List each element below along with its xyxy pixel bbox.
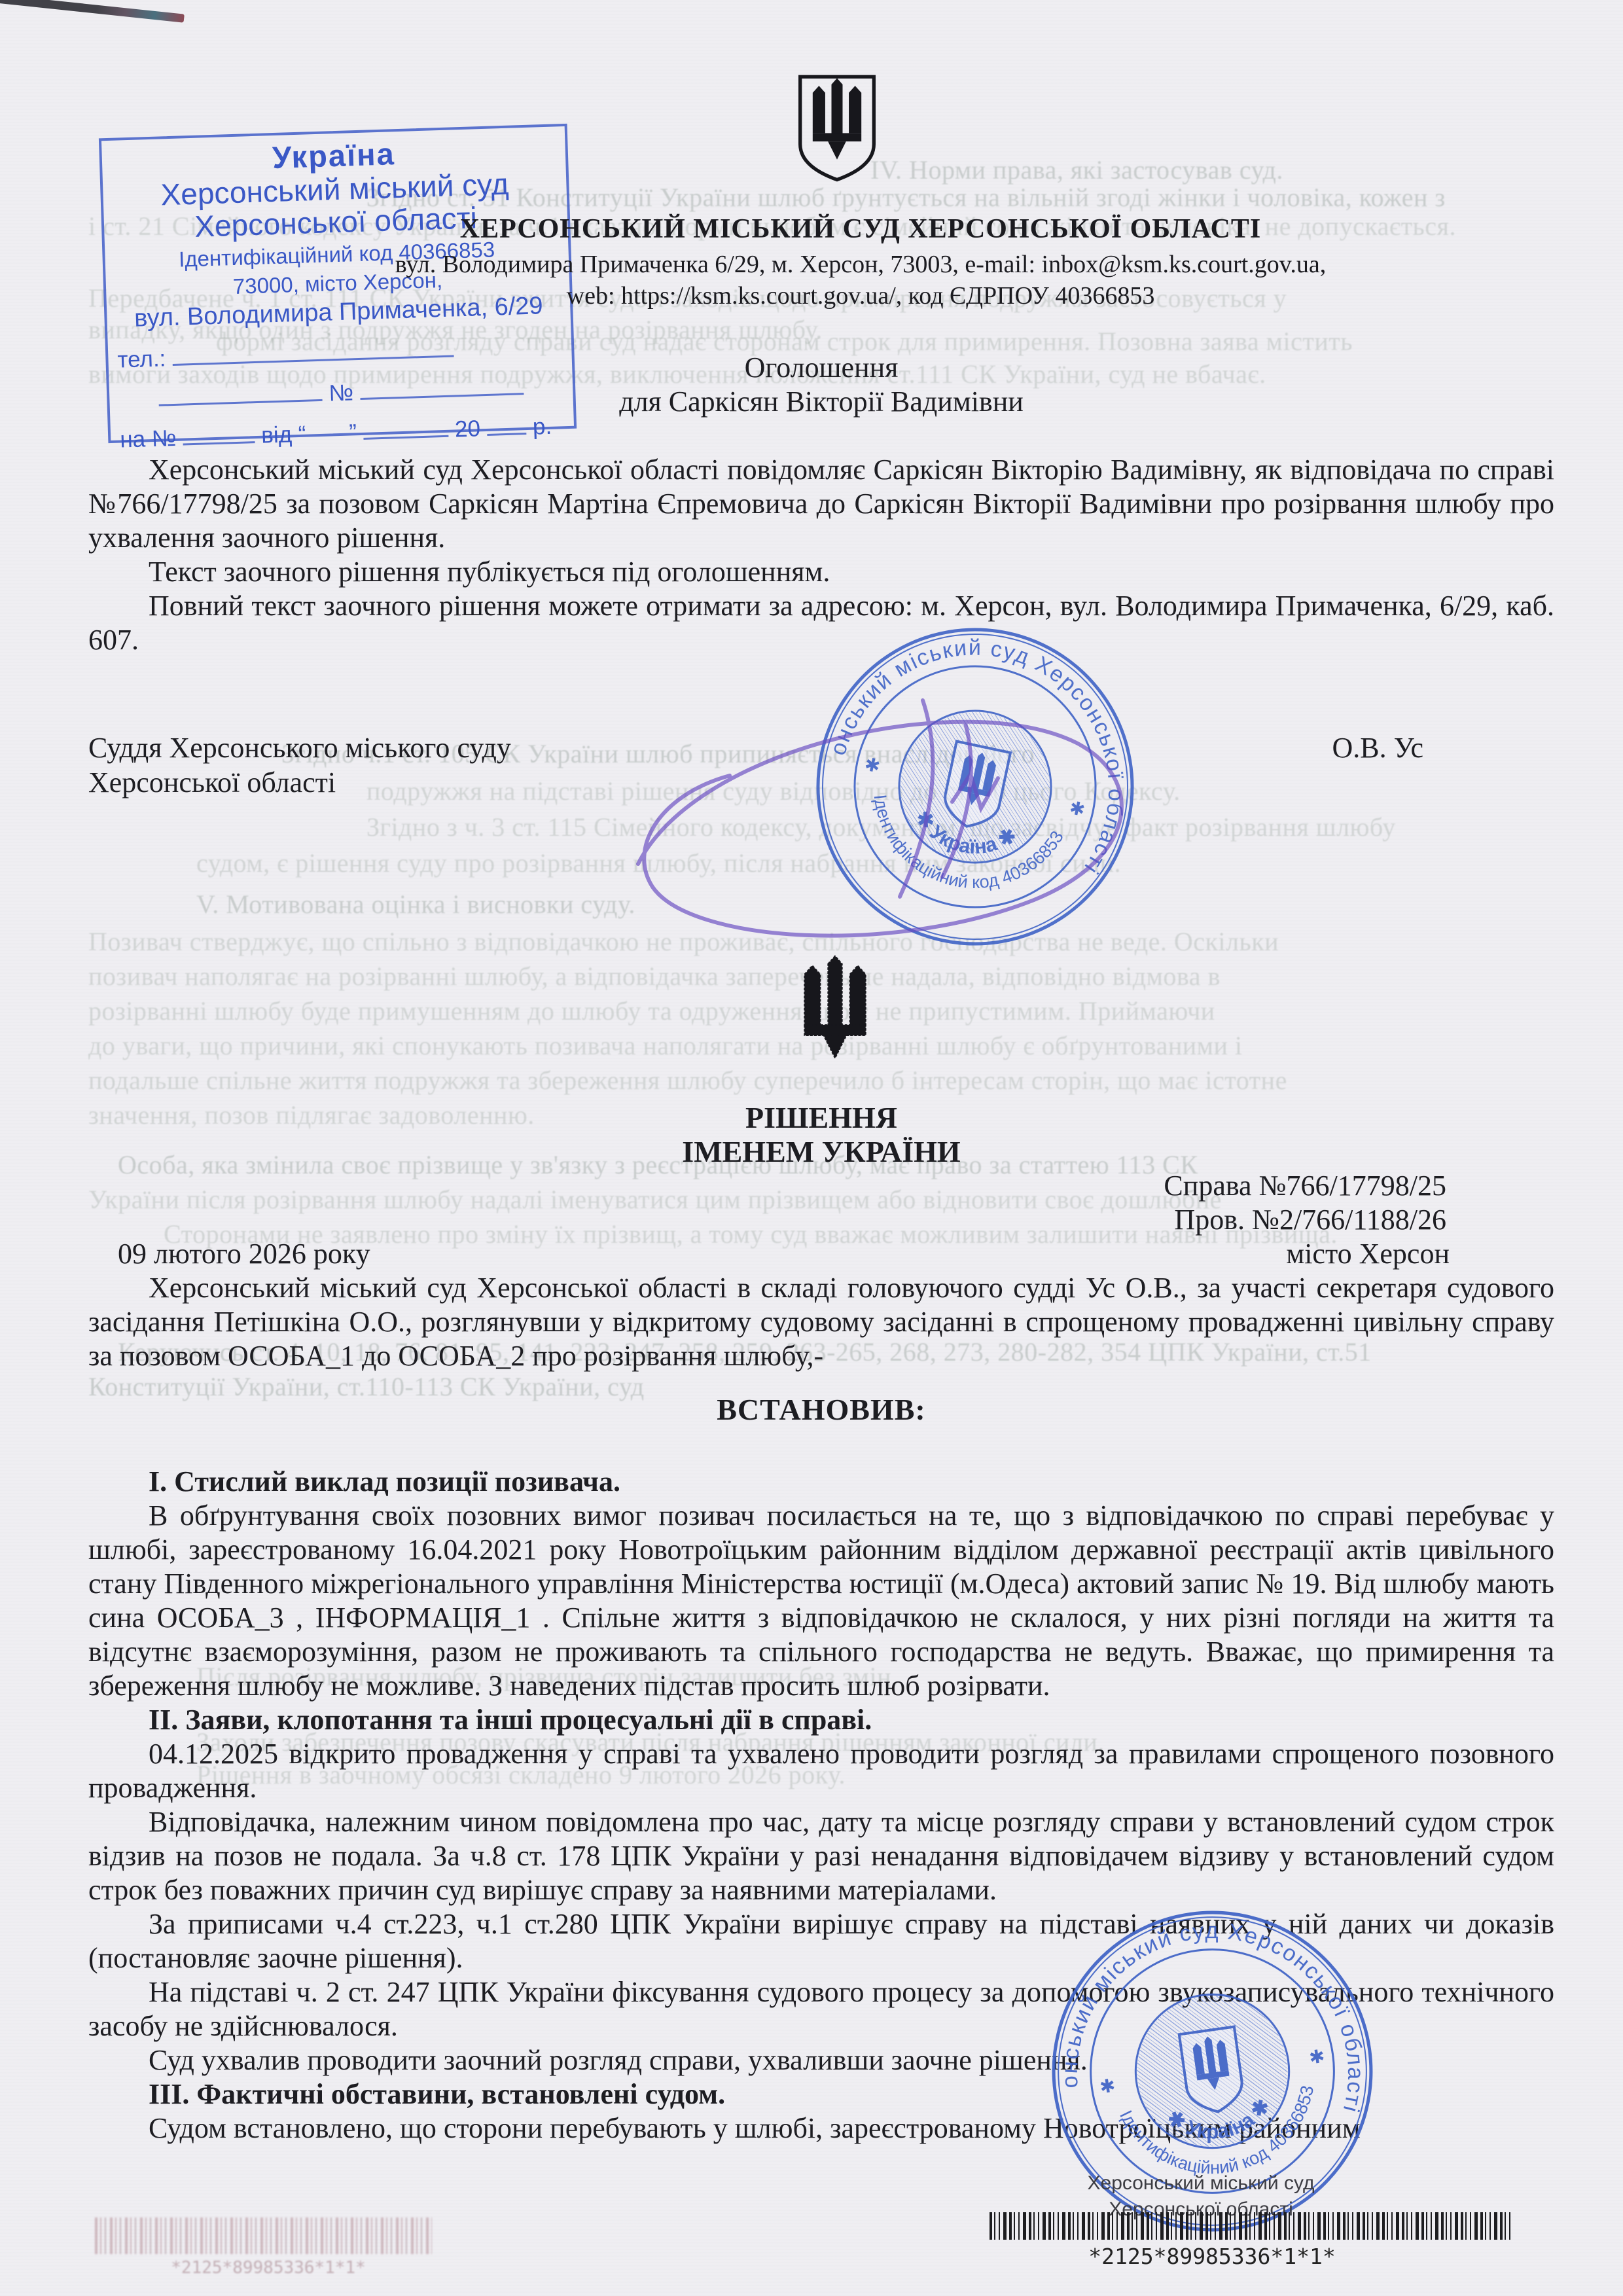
bleed-line: ІV. Норми права, які застосував суд. [870, 154, 1283, 185]
footer-court-line1: Херсонський міський суд [1018, 2170, 1384, 2197]
judge-title: Суддя Херсонського міського суду Херсонс… [88, 730, 511, 800]
announcement-paragraph: Повний текст заочного рішення можете отр… [88, 589, 1554, 657]
section-1-paragraph: В обґрунтування своїх позовних вимог поз… [88, 1499, 1554, 1703]
barcode-number: *2125*89985336*1*1* [990, 2244, 1435, 2269]
date-city-row: 09 лютого 2026 року місто Херсон [88, 1237, 1554, 1271]
decision-subtitle: ІМЕНЕМ УКРАЇНИ [88, 1135, 1554, 1169]
judge-title-line2: Херсонської області [88, 765, 511, 800]
decision-title: РІШЕННЯ [88, 1101, 1554, 1135]
court-address: вул. Володимира Примаченка 6/29, м. Херс… [164, 250, 1558, 279]
announcement-section: Оголошення для Саркісян Вікторії Вадимів… [88, 351, 1554, 657]
scan-artifact-streak [0, 0, 185, 23]
judge-name: О.В. Ус [1332, 730, 1554, 800]
bleed-line: розірванні шлюбу буде примушенням до шлю… [88, 996, 1215, 1026]
ukraine-trident-emblem-middle [783, 931, 887, 1109]
section-1-title: І. Стислий виклад позиції позивача. [88, 1465, 1554, 1499]
section-2-title: ІІ. Заяви, клопотання та інші процесуаль… [88, 1703, 1554, 1737]
established-heading: ВСТАНОВИВ: [88, 1393, 1554, 1427]
court-web: web: https://ksm.ks.court.gov.ua/, код Є… [164, 281, 1558, 310]
stamp-star-left: ✱ [1098, 2075, 1116, 2098]
bleedthrough-barcode [95, 2217, 432, 2254]
bleed-line: до уваги, що причини, які спонукають поз… [88, 1030, 1243, 1061]
bleed-line: подальше спільне життя подружжя та збере… [88, 1065, 1287, 1096]
announcement-paragraph: Текст заочного рішення публікується під … [88, 555, 1554, 589]
announcement-title: Оголошення [88, 351, 1554, 385]
announcement-paragraph: Херсонський міський суд Херсонської обла… [88, 453, 1554, 555]
decision-intro: Херсонський міський суд Херсонської обла… [88, 1271, 1554, 1373]
section-2-paragraph: 04.12.2025 відкрито провадження у справі… [88, 1737, 1554, 1805]
proceeding-number: Пров. №2/766/1188/26 [88, 1203, 1554, 1237]
announcement-subtitle: для Саркісян Вікторії Вадимівни [88, 385, 1554, 419]
ukraine-trident-emblem-top [793, 73, 881, 185]
bleed-line: V. Мотивована оцінка і висновки суду. [196, 889, 635, 920]
decision-date: 09 лютого 2026 року [88, 1237, 370, 1271]
case-number: Справа №766/17798/25 [88, 1169, 1554, 1203]
court-name-heading: ХЕРСОНСЬКИЙ МІСЬКИЙ СУД ХЕРСОНСЬКОЇ ОБЛА… [164, 213, 1558, 245]
judge-handwritten-signature [612, 661, 1175, 969]
stamp-star-right: ✱ [1308, 2045, 1326, 2068]
judge-title-line1: Суддя Херсонського міського суду [88, 730, 511, 765]
document-barcode [990, 2212, 1513, 2240]
document-header: ХЕРСОНСЬКИЙ МІСЬКИЙ СУД ХЕРСОНСЬКОЇ ОБЛА… [164, 213, 1558, 310]
bleedthrough-barcode-text: *2125*89985336*1*1* [131, 2258, 406, 2278]
decision-city: місто Херсон [1286, 1237, 1554, 1271]
scanned-court-document: ІV. Норми права, які застосував суд. Згі… [0, 0, 1623, 2296]
